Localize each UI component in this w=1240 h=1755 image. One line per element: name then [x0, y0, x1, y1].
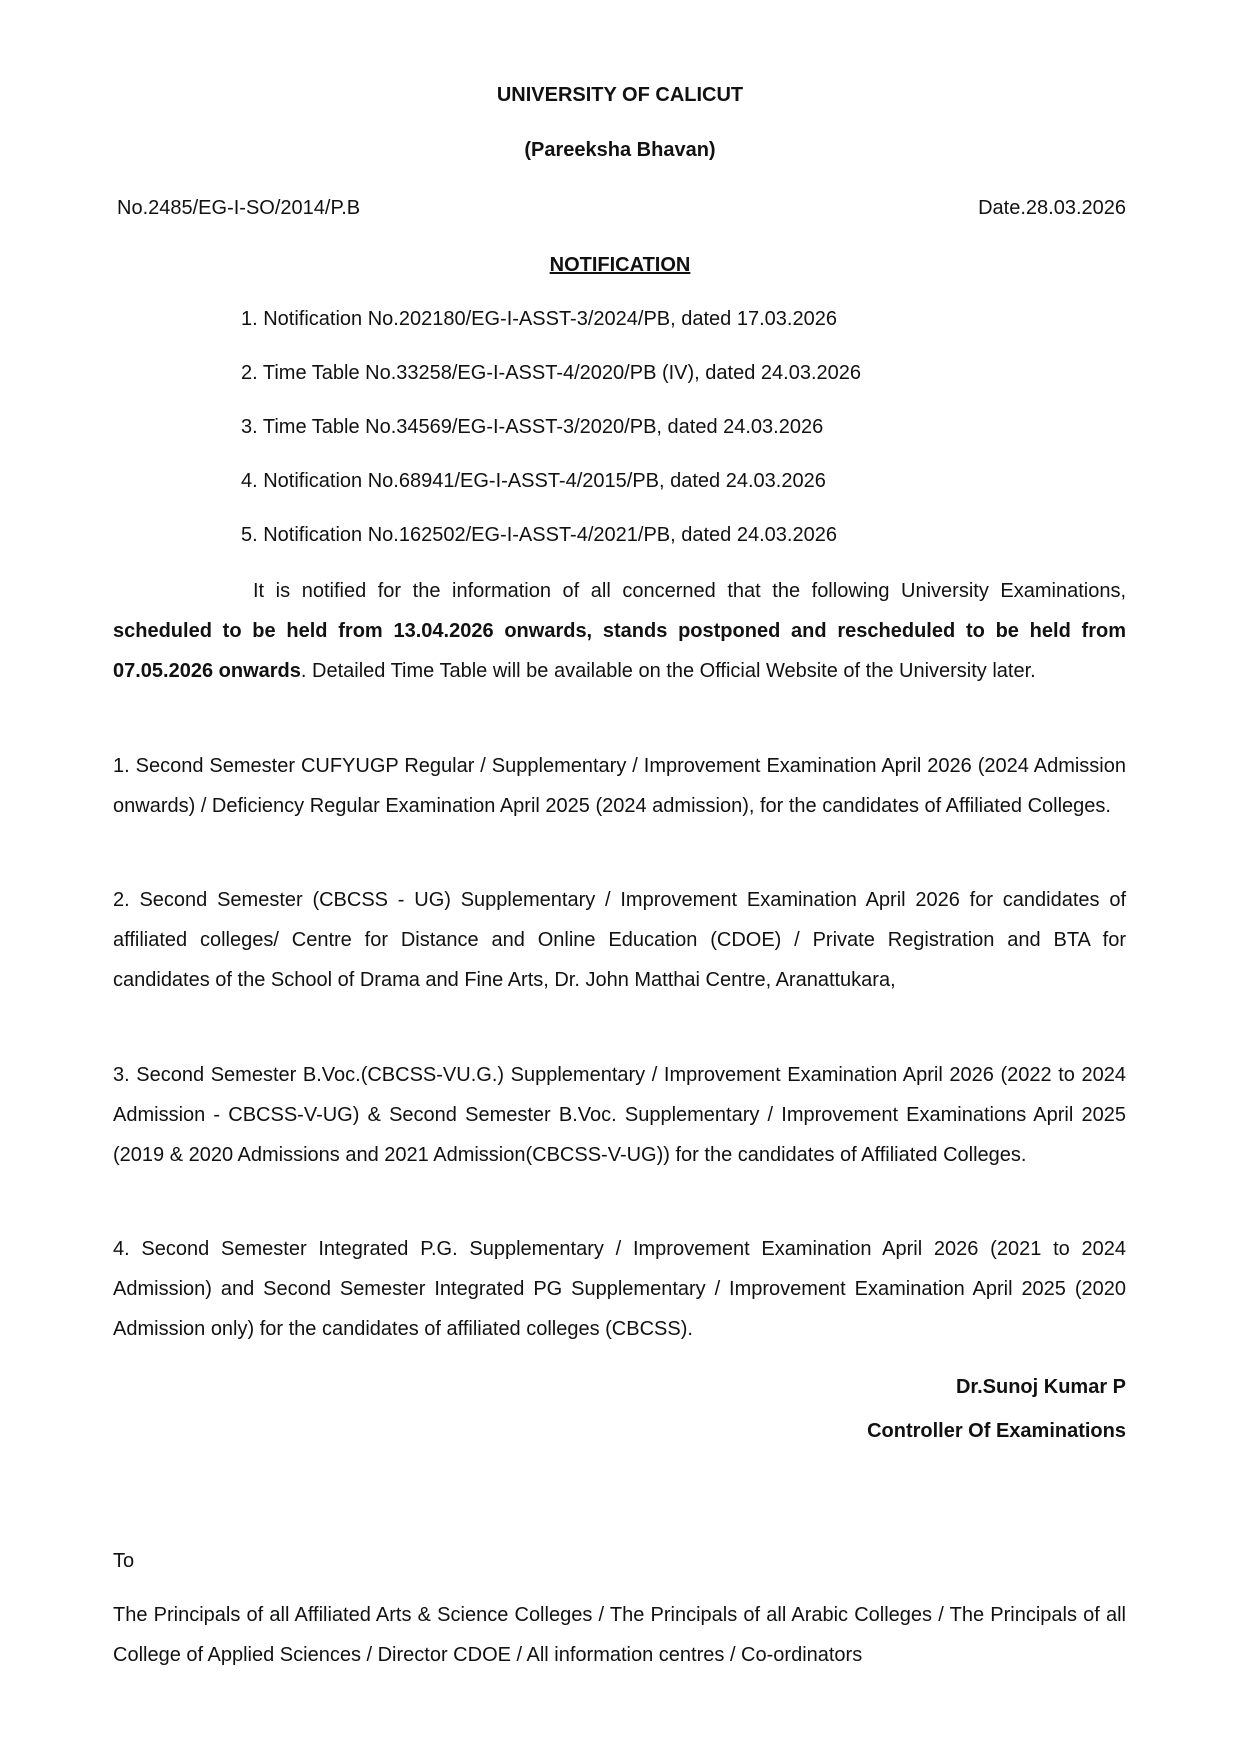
- reference-item: 1. Notification No.202180/EG-I-ASST-3/20…: [241, 309, 861, 363]
- examination-item: 2. Second Semester (CBCSS - UG) Suppleme…: [113, 880, 1126, 1000]
- intro-paragraph: It is notified for the information of al…: [113, 571, 1126, 691]
- intro-lead: It is notified for the information of al…: [253, 580, 1126, 602]
- notification-page: UNIVERSITY OF CALICUT (Pareeksha Bhavan)…: [0, 0, 1240, 1755]
- signatory-name: Dr.Sunoj Kumar P: [956, 1377, 1126, 1397]
- recipients-list: The Principals of all Affiliated Arts & …: [113, 1595, 1126, 1675]
- recipients-label: To: [113, 1551, 134, 1571]
- reference-item: 3. Time Table No.34569/EG-I-ASST-3/2020/…: [241, 417, 861, 471]
- notification-heading: NOTIFICATION: [0, 255, 1240, 275]
- intro-trail: . Detailed Time Table will be available …: [301, 660, 1036, 682]
- department-subtitle: (Pareeksha Bhavan): [0, 140, 1240, 160]
- signatory-title: Controller Of Examinations: [867, 1421, 1126, 1441]
- reference-item: 4. Notification No.68941/EG-I-ASST-4/201…: [241, 471, 861, 525]
- institution-title: UNIVERSITY OF CALICUT: [0, 85, 1240, 105]
- issue-date: Date.28.03.2026: [978, 198, 1126, 218]
- examination-item: 3. Second Semester B.Voc.(CBCSS-VU.G.) S…: [113, 1055, 1126, 1175]
- reference-number: No.2485/EG-I-SO/2014/P.B: [117, 198, 360, 218]
- examination-item: 1. Second Semester CUFYUGP Regular / Sup…: [113, 746, 1126, 826]
- reference-list: 1. Notification No.202180/EG-I-ASST-3/20…: [241, 309, 861, 579]
- reference-item: 2. Time Table No.33258/EG-I-ASST-4/2020/…: [241, 363, 861, 417]
- examination-item: 4. Second Semester Integrated P.G. Suppl…: [113, 1229, 1126, 1349]
